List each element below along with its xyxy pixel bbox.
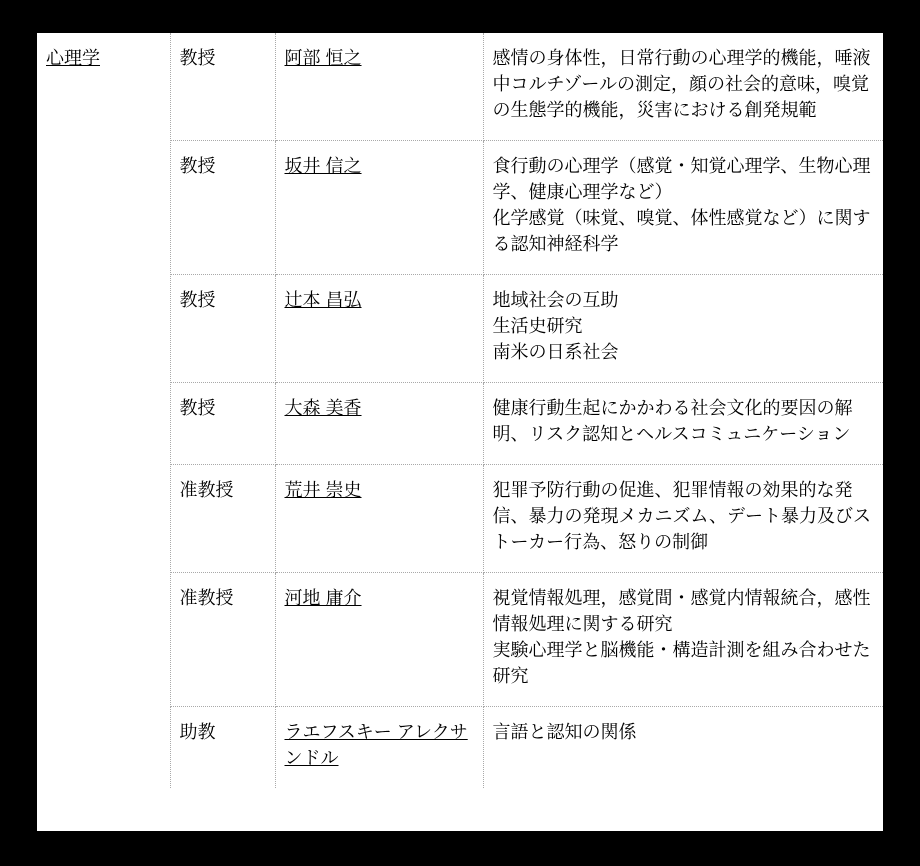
research-line: 食行動の心理学（感覚・知覚心理学、生物心理学、健康心理学など） [493, 153, 876, 205]
page-surface: 心理学教授 阿部 恒之 感情の身体性，日常行動の心理学的機能，唾液中コルチゾール… [37, 33, 883, 831]
faculty-name-link[interactable]: 坂井 信之 [285, 156, 362, 176]
research-line: 実験心理学と脳機能・構造計測を組み合わせた研究 [493, 637, 876, 689]
research-cell: 言語と認知の関係 [483, 707, 883, 789]
name-cell: 辻本 昌弘 [275, 275, 483, 383]
table-row: 心理学教授 阿部 恒之 感情の身体性，日常行動の心理学的機能，唾液中コルチゾール… [37, 33, 883, 141]
title-cell: 准教授 [170, 573, 275, 707]
name-cell: 大森 美香 [275, 383, 483, 465]
research-cell: 食行動の心理学（感覚・知覚心理学、生物心理学、健康心理学など）化学感覚（味覚、嗅… [483, 141, 883, 275]
faculty-name-link[interactable]: 大森 美香 [285, 398, 362, 418]
title-cell: 准教授 [170, 465, 275, 573]
research-line: 犯罪予防行動の促進、犯罪情報の効果的な発信、暴力の発現メカニズム、デート暴力及び… [493, 477, 876, 555]
research-cell: 視覚情報処理，感覚間・感覚内情報統合，感性情報処理に関する研究実験心理学と脳機能… [483, 573, 883, 707]
title-cell: 教授 [170, 141, 275, 275]
research-line: 南米の日系社会 [493, 339, 876, 365]
research-line: 地域社会の互助 [493, 287, 876, 313]
research-cell: 感情の身体性，日常行動の心理学的機能，唾液中コルチゾールの測定，顔の社会的意味，… [483, 33, 883, 141]
name-cell: ラエフスキー アレクサンドル [275, 707, 483, 789]
name-cell: 荒井 崇史 [275, 465, 483, 573]
faculty-name-link[interactable]: 河地 庸介 [285, 588, 362, 608]
name-cell: 河地 庸介 [275, 573, 483, 707]
title-cell: 教授 [170, 275, 275, 383]
research-cell: 犯罪予防行動の促進、犯罪情報の効果的な発信、暴力の発現メカニズム、デート暴力及び… [483, 465, 883, 573]
faculty-table-body: 心理学教授 阿部 恒之 感情の身体性，日常行動の心理学的機能，唾液中コルチゾール… [37, 33, 883, 788]
faculty-name-link[interactable]: 阿部 恒之 [285, 48, 362, 68]
research-line: 視覚情報処理，感覚間・感覚内情報統合，感性情報処理に関する研究 [493, 585, 876, 637]
name-cell: 阿部 恒之 [275, 33, 483, 141]
research-line: 健康行動生起にかかわる社会文化的要因の解明、リスク認知とヘルスコミュニケーション [493, 395, 876, 447]
research-line: 生活史研究 [493, 313, 876, 339]
title-cell: 教授 [170, 33, 275, 141]
field-cell: 心理学 [37, 33, 170, 788]
research-line: 感情の身体性，日常行動の心理学的機能，唾液中コルチゾールの測定，顔の社会的意味，… [493, 45, 876, 123]
research-cell: 地域社会の互助生活史研究南米の日系社会 [483, 275, 883, 383]
title-cell: 助教 [170, 707, 275, 789]
field-link[interactable]: 心理学 [46, 48, 100, 68]
faculty-name-link[interactable]: 辻本 昌弘 [285, 290, 362, 310]
faculty-table: 心理学教授 阿部 恒之 感情の身体性，日常行動の心理学的機能，唾液中コルチゾール… [37, 33, 883, 788]
name-cell: 坂井 信之 [275, 141, 483, 275]
research-line: 化学感覚（味覚、嗅覚、体性感覚など）に関する認知神経科学 [493, 205, 876, 257]
faculty-name-link[interactable]: ラエフスキー アレクサンドル [285, 722, 468, 768]
title-cell: 教授 [170, 383, 275, 465]
research-cell: 健康行動生起にかかわる社会文化的要因の解明、リスク認知とヘルスコミュニケーション [483, 383, 883, 465]
research-line: 言語と認知の関係 [493, 719, 876, 745]
faculty-name-link[interactable]: 荒井 崇史 [285, 480, 362, 500]
